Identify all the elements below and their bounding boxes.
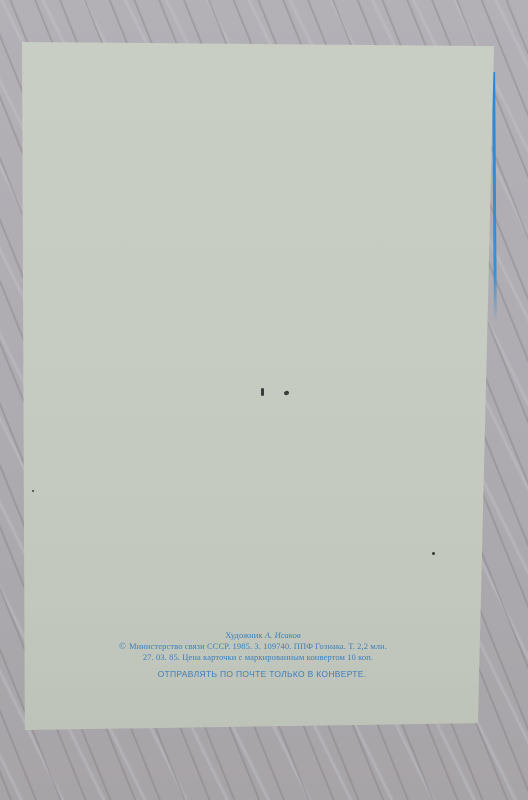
speck-mark <box>32 490 34 492</box>
artist-credit: Художник А. Исаков <box>22 630 494 641</box>
speck-mark <box>432 552 435 555</box>
copyright-icon: © <box>119 641 126 651</box>
speck-mark <box>261 388 264 396</box>
postcard-back: Художник А. Исаков ©Министерство связи С… <box>22 42 494 730</box>
artist-label: Художник <box>225 630 262 640</box>
mailing-instruction: ОТПРАВЛЯТЬ ПО ПОЧТЕ ТОЛЬКО В КОНВЕРТЕ. <box>22 669 494 680</box>
publisher-line: ©Министерство связи СССР. 1985. 3. 10974… <box>22 641 494 652</box>
artist-name: А. Исаков <box>265 630 301 640</box>
publisher-imprint: Художник А. Исаков ©Министерство связи С… <box>22 630 494 680</box>
price-line: 27. 03. 85. Цена карточки с маркированны… <box>22 652 494 663</box>
speck-mark <box>283 390 289 396</box>
publisher-text: Министерство связи СССР. 1985. 3. 109740… <box>129 641 387 651</box>
